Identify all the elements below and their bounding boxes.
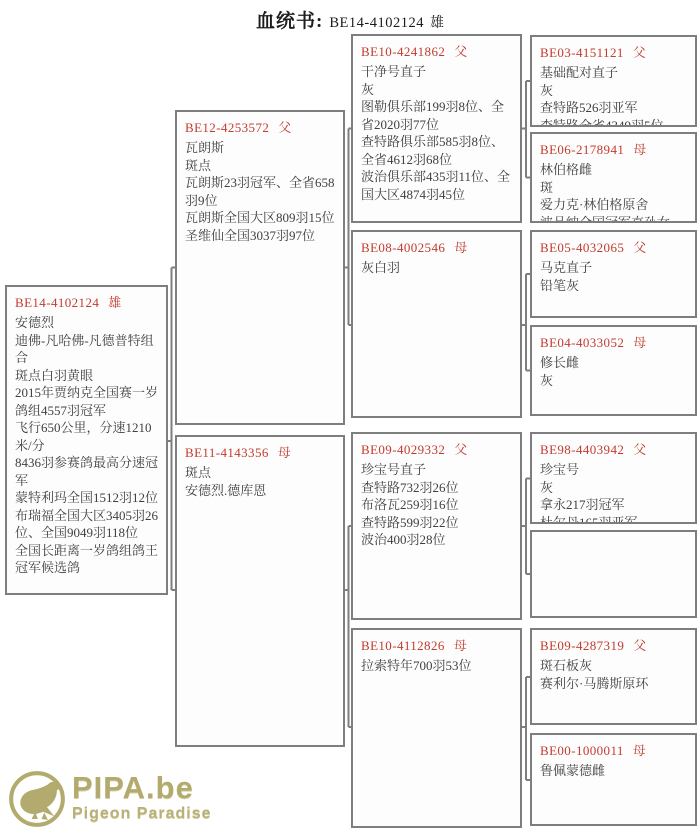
ring-code: BE08-4002546 <box>361 240 445 255</box>
detail-line: 查特路全省4349羽5位 <box>540 117 688 128</box>
bird-details: 灰白羽 <box>361 259 513 277</box>
detail-line: 图勒俱乐部199羽8位、全省2020羽77位 <box>361 98 513 133</box>
connector-line <box>522 677 530 780</box>
detail-line: 杜尔丹165羽亚军 <box>540 514 688 525</box>
detail-line: 查特路526羽亚军 <box>540 99 688 117</box>
pedigree-title-cn: 血统书: <box>256 11 323 32</box>
pipa-logo-title: PIPA.be <box>72 772 212 804</box>
pedigree-box-sire-sire-dam: BE06-2178941母 林伯格雌斑爱力克·林伯格原舍波品纳全国冠军直孙女 <box>530 132 697 223</box>
bird-details: 珍宝号灰拿永217羽冠军杜尔丹165羽亚军 <box>540 461 688 524</box>
pedigree-box-sire-sire: BE10-4241862父 干净号直子灰图勒俱乐部199羽8位、全省2020羽7… <box>351 34 522 223</box>
ring-code: BE98-4403942 <box>540 442 624 457</box>
detail-line: 查特路俱乐部585羽8位、全省4612羽68位 <box>361 133 513 168</box>
detail-line: 2015年贾纳克全国赛一岁鸽组4557羽冠军 <box>15 384 159 419</box>
detail-line: 铅笔灰 <box>540 277 688 295</box>
detail-line: 圣维仙全国3037羽97位 <box>185 227 336 245</box>
detail-line: 林伯格雌 <box>540 161 688 179</box>
ring-code: BE03-4151121 <box>540 45 624 60</box>
pedigree-box-sire: BE12-4253572父 瓦朗斯斑点瓦朗斯23羽冠军、全省658羽9位瓦朗斯全… <box>175 110 345 425</box>
detail-line: 斑石板灰 <box>540 657 688 675</box>
pigeon-logo-icon <box>8 770 66 828</box>
detail-line: 斑点 <box>185 464 336 482</box>
detail-line: 珍宝号直子 <box>361 461 513 479</box>
ring-number: BE98-4403942父 <box>540 439 688 458</box>
detail-line: 波品纳全国冠军直孙女 <box>540 214 688 224</box>
sex-label: 父 <box>454 44 467 59</box>
connector-line <box>522 479 530 575</box>
ring-code: BE04-4033052 <box>540 335 624 350</box>
sex-label: 雄 <box>108 295 121 310</box>
pedigree-box-sire-dam: BE08-4002546母 灰白羽 <box>351 230 522 418</box>
detail-line: 8436羽参赛鸽最高分速冠军 <box>15 454 159 489</box>
pedigree-box-sire-dam-sire: BE05-4032065父 马克直子铅笔灰 <box>530 230 697 318</box>
ring-code: BE14-4102124 <box>15 295 99 310</box>
bird-details: 安德烈迪佛-凡哈佛-凡德普特组合斑点白羽黄眼2015年贾纳克全国赛一岁鸽组455… <box>15 314 159 577</box>
bird-details: 马克直子铅笔灰 <box>540 259 688 294</box>
detail-line: 全国长距离一岁鸽组鸽王冠军候选鸽 <box>15 542 159 577</box>
detail-line: 瓦朗斯 <box>185 139 336 157</box>
bird-details: 修长雌灰 <box>540 354 688 389</box>
ring-number: BE10-4241862父 <box>361 41 513 60</box>
detail-line: 斑点白羽黄眼 <box>15 367 159 385</box>
bird-details: 鲁佩蒙德雌 <box>540 762 688 780</box>
detail-line: 蒙特利玛全国1512羽12位 <box>15 489 159 507</box>
ring-number: BE09-4029332父 <box>361 439 513 458</box>
ring-code: BE10-4241862 <box>361 44 445 59</box>
ring-number: BE03-4151121父 <box>540 42 688 61</box>
ring-number: BE10-4112826母 <box>361 635 513 654</box>
ring-number <box>540 537 688 553</box>
bird-details: 斑点安德烈.德库恩 <box>185 464 336 499</box>
ring-code: BE00-1000011 <box>540 743 624 758</box>
sex-label: 母 <box>633 142 646 157</box>
detail-line: 灰白羽 <box>361 259 513 277</box>
sex-label: 母 <box>454 240 467 255</box>
pedigree-title-sex: 雄 <box>430 16 444 31</box>
ring-number: BE14-4102124雄 <box>15 292 159 311</box>
sex-label: 父 <box>633 240 646 255</box>
ring-code: BE09-4287319 <box>540 638 624 653</box>
ring-number: BE06-2178941母 <box>540 139 688 158</box>
pedigree-box-dam-dam-dam: BE00-1000011母 鲁佩蒙德雌 <box>530 733 697 826</box>
detail-line: 基础配对直子 <box>540 64 688 82</box>
detail-line: 灰 <box>540 82 688 100</box>
detail-line: 斑 <box>540 179 688 197</box>
ring-code: BE12-4253572 <box>185 120 269 135</box>
pedigree-box-dam-sire-sire: BE98-4403942父 珍宝号灰拿永217羽冠军杜尔丹165羽亚军 <box>530 432 697 524</box>
sex-label: 父 <box>633 442 646 457</box>
ring-code: BE05-4032065 <box>540 240 624 255</box>
connector-line <box>522 274 530 371</box>
bird-details: 珍宝号直子查特路732羽26位布洛瓦259羽16位查特路599羽22位波治400… <box>361 461 513 549</box>
detail-line: 马克直子 <box>540 259 688 277</box>
ring-number: BE00-1000011母 <box>540 740 688 759</box>
detail-line: 飞行650公里，分速1210米/分 <box>15 419 159 454</box>
detail-line: 拉索特年700羽53位 <box>361 657 513 675</box>
sex-label: 母 <box>633 743 646 758</box>
detail-line: 赛利尔·马腾斯原环 <box>540 675 688 693</box>
ring-code: BE06-2178941 <box>540 142 624 157</box>
pipa-logo-text: PIPA.be Pigeon Paradise <box>72 772 212 822</box>
detail-line: 波治400羽28位 <box>361 531 513 549</box>
bird-details: 基础配对直子灰查特路526羽亚军查特路全省4349羽5位 <box>540 64 688 127</box>
ring-number: BE05-4032065父 <box>540 237 688 256</box>
pedigree-box-dam: BE11-4143356母 斑点安德烈.德库恩 <box>175 435 345 747</box>
connector-line <box>522 81 530 178</box>
ring-number: BE09-4287319父 <box>540 635 688 654</box>
detail-line: 灰 <box>540 479 688 497</box>
detail-line: 修长雌 <box>540 354 688 372</box>
sex-label: 父 <box>278 120 291 135</box>
pedigree-box-dam-sire: BE09-4029332父 珍宝号直子查特路732羽26位布洛瓦259羽16位查… <box>351 432 522 620</box>
pedigree-box-subject: BE14-4102124雄 安德烈迪佛-凡哈佛-凡德普特组合斑点白羽黄眼2015… <box>5 285 168 595</box>
detail-line: 瓦朗斯全国大区809羽15位 <box>185 209 336 227</box>
detail-line: 布瑞福全国大区3405羽26位、全国9049羽118位 <box>15 507 159 542</box>
bird-details: 瓦朗斯斑点瓦朗斯23羽冠军、全省658羽9位瓦朗斯全国大区809羽15位圣维仙全… <box>185 139 336 244</box>
detail-line: 迪佛-凡哈佛-凡德普特组合 <box>15 332 159 367</box>
bird-details: 林伯格雌斑爱力克·林伯格原舍波品纳全国冠军直孙女 <box>540 161 688 223</box>
ring-code: BE11-4143356 <box>185 445 269 460</box>
detail-line: 灰 <box>540 372 688 390</box>
ring-code: BE09-4029332 <box>361 442 445 457</box>
detail-line: 干净号直子 <box>361 63 513 81</box>
ring-number: BE11-4143356母 <box>185 442 336 461</box>
pedigree-box-dam-dam-sire: BE09-4287319父 斑石板灰赛利尔·马腾斯原环 <box>530 628 697 725</box>
pipa-logo: PIPA.be Pigeon Paradise <box>8 770 238 832</box>
ring-number: BE12-4253572父 <box>185 117 336 136</box>
detail-line: 珍宝号 <box>540 461 688 479</box>
detail-line: 瓦朗斯23羽冠军、全省658羽9位 <box>185 174 336 209</box>
sex-label: 父 <box>633 638 646 653</box>
pipa-logo-subtitle: Pigeon Paradise <box>72 805 212 822</box>
pedigree-box-dam-dam: BE10-4112826母 拉索特年700羽53位 <box>351 628 522 828</box>
pedigree-box-sire-dam-dam: BE04-4033052母 修长雌灰 <box>530 325 697 416</box>
bird-details: 斑石板灰赛利尔·马腾斯原环 <box>540 657 688 692</box>
pedigree-title: 血统书:BE14-4102124雄 <box>0 6 700 33</box>
detail-line: 查特路732羽26位 <box>361 479 513 497</box>
sex-label: 母 <box>633 335 646 350</box>
sex-label: 母 <box>278 445 291 460</box>
pedigree-title-ring: BE14-4102124 <box>329 15 424 31</box>
detail-line: 灰 <box>361 81 513 99</box>
ring-number: BE04-4033052母 <box>540 332 688 351</box>
detail-line: 查特路599羽22位 <box>361 514 513 532</box>
detail-line: 安德烈.德库恩 <box>185 482 336 500</box>
ring-code: BE10-4112826 <box>361 638 445 653</box>
sex-label: 母 <box>454 638 467 653</box>
detail-line: 安德烈 <box>15 314 159 332</box>
pedigree-box-dam-sire-dam-empty <box>530 530 697 618</box>
ring-number: BE08-4002546母 <box>361 237 513 256</box>
connector-line <box>168 268 175 591</box>
detail-line: 斑点 <box>185 157 336 175</box>
sex-label: 父 <box>454 442 467 457</box>
detail-line: 爱力克·林伯格原舍 <box>540 196 688 214</box>
bird-details: 干净号直子灰图勒俱乐部199羽8位、全省2020羽77位查特路俱乐部585羽8位… <box>361 63 513 203</box>
sex-label: 父 <box>633 45 646 60</box>
detail-line: 布洛瓦259羽16位 <box>361 496 513 514</box>
pedigree-box-sire-sire-sire: BE03-4151121父 基础配对直子灰查特路526羽亚军查特路全省4349羽… <box>530 35 697 127</box>
detail-line: 波治俱乐部435羽11位、全国大区4874羽45位 <box>361 168 513 203</box>
bird-details: 拉索特年700羽53位 <box>361 657 513 675</box>
detail-line: 拿永217羽冠军 <box>540 496 688 514</box>
detail-line: 鲁佩蒙德雌 <box>540 762 688 780</box>
